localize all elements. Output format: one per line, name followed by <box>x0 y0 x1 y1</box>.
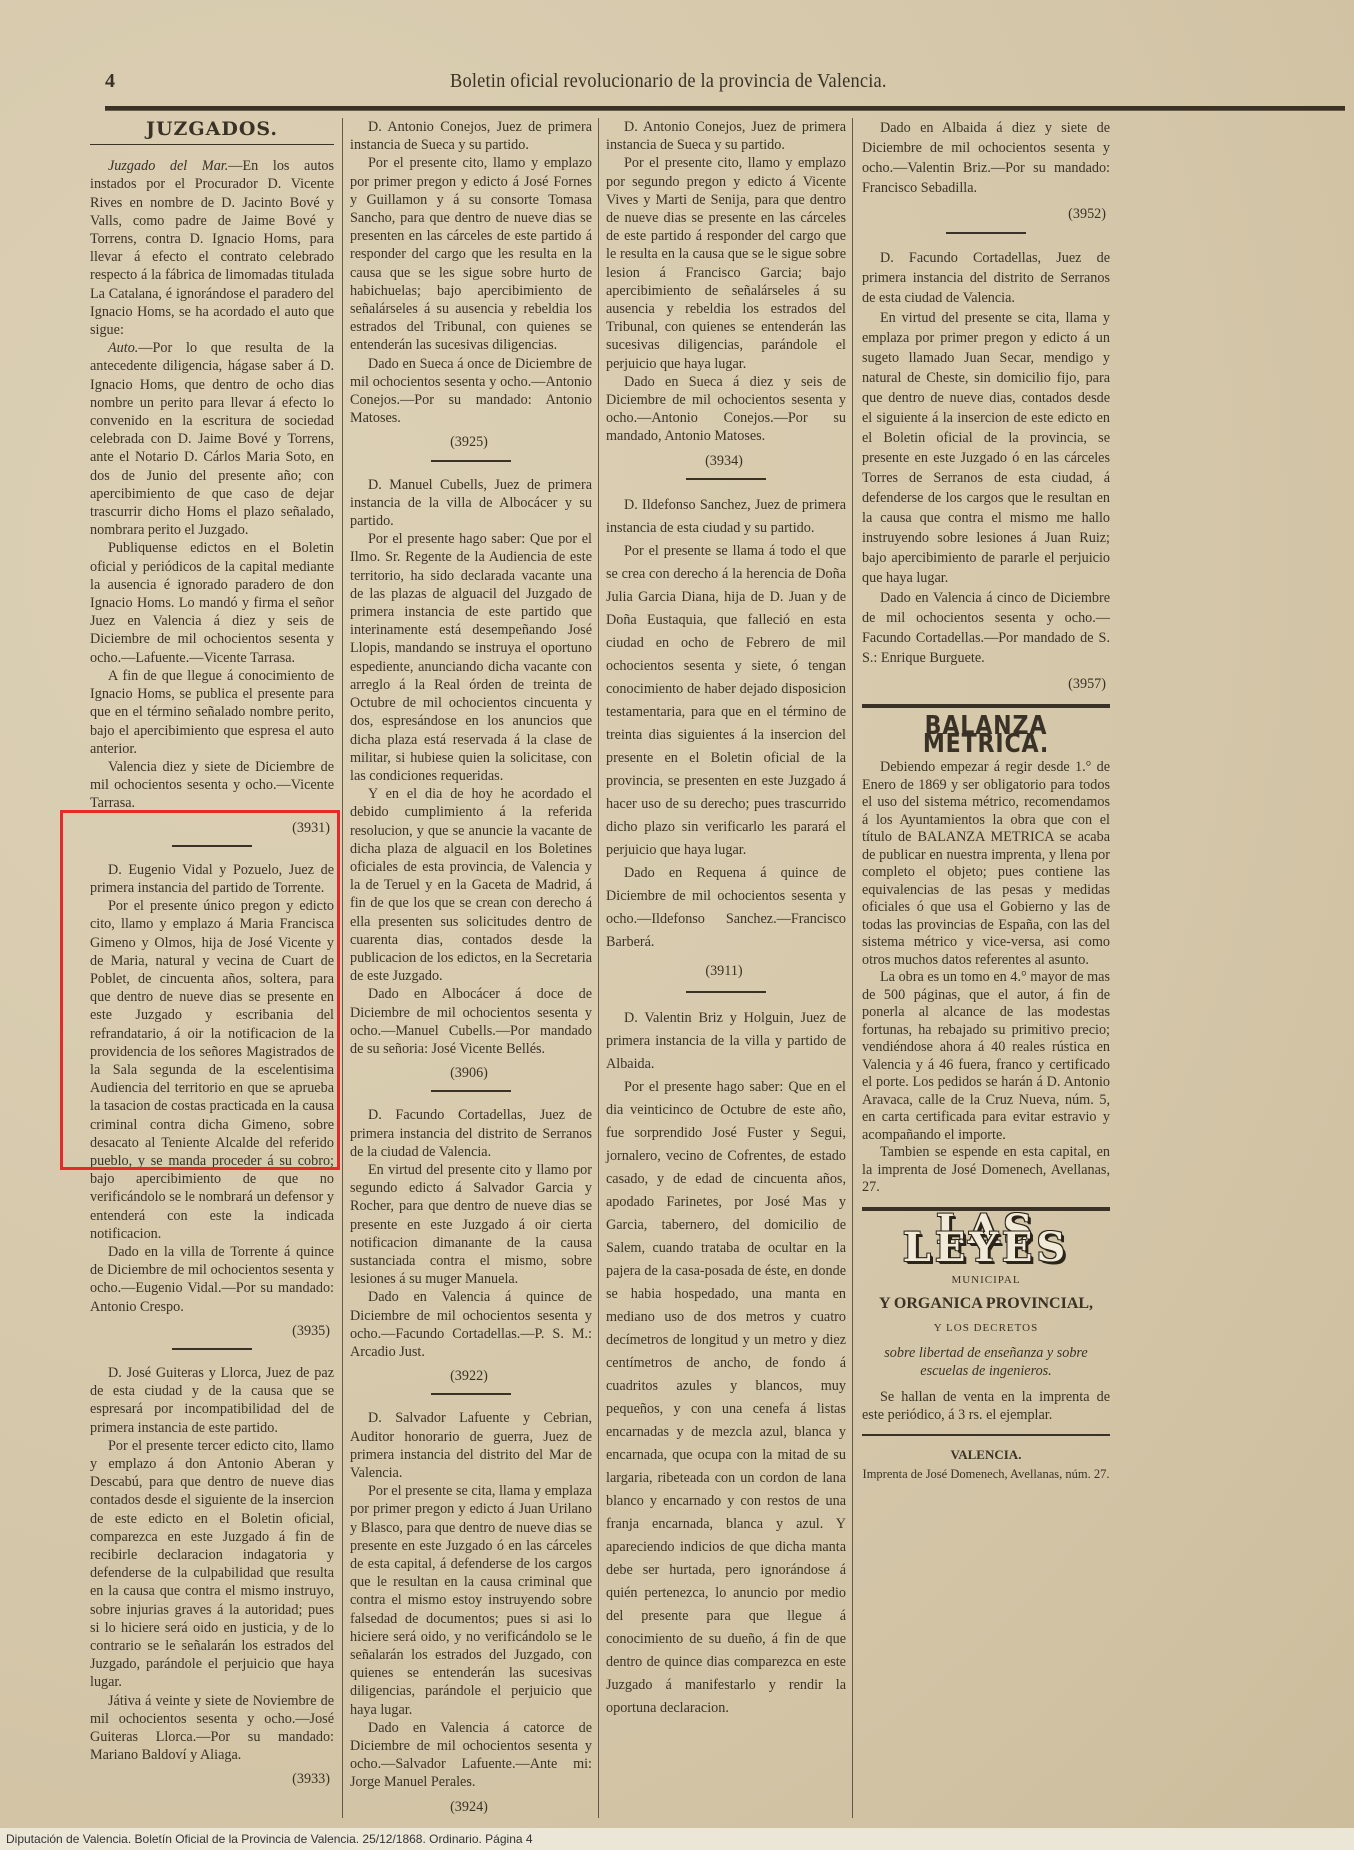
notice-paragraph: En virtud del presente cito y llamo por … <box>350 1161 592 1288</box>
notice-3935: D. Eugenio Vidal y Pozuelo, Juez de prim… <box>90 861 334 1340</box>
separator <box>172 1348 252 1350</box>
notice-paragraph: Dado en Albaida á diez y siete de Diciem… <box>862 118 1110 198</box>
column-4: Dado en Albaida á diez y siete de Diciem… <box>862 118 1110 1483</box>
notice-paragraph: Auto.—Por lo que resulta de la anteceden… <box>90 339 334 539</box>
notice-reference: (3906) <box>350 1064 588 1082</box>
separator <box>431 1090 511 1092</box>
ad-paragraph: Tambien se espende en esta capital, en l… <box>862 1144 1110 1197</box>
notice-paragraph: Dado en Albocácer á doce de Diciembre de… <box>350 985 592 1058</box>
ad-paragraph: Se hallan de venta en la imprenta de est… <box>862 1388 1110 1424</box>
notice-paragraph: Játiva á veinte y siete de Noviembre de … <box>90 1692 334 1765</box>
notice-reference: (3952) <box>862 204 1106 224</box>
column-3: D. Antonio Conejos, Juez de primera inst… <box>606 118 846 1720</box>
ad-title: LAS LEYES <box>862 1221 1110 1257</box>
column-divider <box>598 118 599 1818</box>
column-divider <box>852 118 853 1818</box>
notice-paragraph: Por el presente tercer edicto cito, llam… <box>90 1437 334 1692</box>
separator <box>946 232 1026 234</box>
section-rule <box>90 144 334 145</box>
notice-reference: (3957) <box>862 674 1106 694</box>
notice-paragraph: Juzgado del Mar.—En los autos instados p… <box>90 157 334 339</box>
notice-3934: D. Antonio Conejos, Juez de primera inst… <box>606 118 846 470</box>
page-header: 4 Boletin oficial revolucionario de la p… <box>105 66 1345 96</box>
notice-paragraph: D. Ildefonso Sanchez, Juez de primera in… <box>606 494 846 540</box>
notice-paragraph: D. José Guiteras y Llorca, Juez de paz d… <box>90 1364 334 1437</box>
notice-3931: Juzgado del Mar.—En los autos instados p… <box>90 157 334 837</box>
separator <box>686 478 766 480</box>
notice-paragraph: Publiquense edictos en el Boletin oficia… <box>90 539 334 666</box>
notice-3952: Dado en Albaida á diez y siete de Diciem… <box>862 118 1110 224</box>
imprint-city: VALENCIA. <box>862 1446 1110 1464</box>
notice-albaida: D. Valentin Briz y Holguin, Juez de prim… <box>606 1007 846 1720</box>
notice-paragraph: Por el presente hago saber: Que en el di… <box>606 1076 846 1720</box>
separator <box>431 1393 511 1395</box>
ad-subtitle: Y ORGANICA PROVINCIAL, <box>862 1295 1110 1313</box>
notice-reference: (3935) <box>90 1322 330 1340</box>
ad-subtitle: Y LOS DECRETOS <box>862 1319 1110 1337</box>
notice-reference: (3924) <box>350 1798 588 1816</box>
ad-subtitle: sobre libertad de enseñanza y sobre escu… <box>862 1344 1110 1380</box>
column-divider <box>342 118 343 1818</box>
page-title: Boletin oficial revolucionario de la pro… <box>450 70 887 93</box>
notice-reference: (3911) <box>606 960 842 983</box>
notice-paragraph: Por el presente cito, llamo y emplazo po… <box>606 154 846 372</box>
notice-paragraph: D. Antonio Conejos, Juez de primera inst… <box>606 118 846 154</box>
column-2: D. Antonio Conejos, Juez de primera inst… <box>350 118 592 1822</box>
notice-paragraph: Dado en Sueca á once de Diciembre de mil… <box>350 355 592 428</box>
notice-3922: D. Facundo Cortadellas, Juez de primera … <box>350 1106 592 1385</box>
ad-paragraph: La obra es un tomo en 4.° mayor de mas d… <box>862 969 1110 1144</box>
notice-paragraph: Dado en Requena á quince de Diciembre de… <box>606 862 846 954</box>
imprint: VALENCIA. Imprenta de José Domenech, Ave… <box>862 1446 1110 1482</box>
notice-3924: D. Salvador Lafuente y Cebrian, Auditor … <box>350 1409 592 1815</box>
notice-reference: (3934) <box>606 452 842 470</box>
separator <box>172 845 252 847</box>
notice-paragraph: Por el presente hago saber: Que por el I… <box>350 530 592 785</box>
ad-title: BALANZA METRICA. <box>881 718 1092 753</box>
notice-3957: D. Facundo Cortadellas, Juez de primera … <box>862 248 1110 694</box>
notice-paragraph: Por el presente cito, llamo y emplazo po… <box>350 154 592 354</box>
page-number: 4 <box>105 70 115 93</box>
notice-paragraph: D. Facundo Cortadellas, Juez de primera … <box>862 248 1110 308</box>
notice-paragraph: Dado en Valencia á cinco de Diciembre de… <box>862 588 1110 668</box>
notice-paragraph: D. Valentin Briz y Holguin, Juez de prim… <box>606 1007 846 1076</box>
notice-paragraph: D. Antonio Conejos, Juez de primera inst… <box>350 118 592 154</box>
notice-3911: D. Ildefonso Sanchez, Juez de primera in… <box>606 494 846 983</box>
las-leyes-ad: LAS LEYES MUNICIPAL Y ORGANICA PROVINCIA… <box>862 1221 1110 1425</box>
separator <box>686 991 766 993</box>
ad-paragraph: Debiendo empezar á regir desde 1.° de En… <box>862 759 1110 969</box>
notice-reference: (3931) <box>90 819 330 837</box>
balanza-metrica-ad: BALANZA METRICA. Debiendo empezar á regi… <box>862 718 1110 1197</box>
notice-reference: (3933) <box>90 1770 330 1788</box>
imprint-text: Imprenta de José Domenech, Avellanas, nú… <box>862 1465 1110 1483</box>
notice-paragraph: Valencia diez y siete de Diciembre de mi… <box>90 758 334 813</box>
notice-paragraph: D. Eugenio Vidal y Pozuelo, Juez de prim… <box>90 861 334 897</box>
notice-paragraph: Por el presente único pregon y edicto ci… <box>90 897 334 1243</box>
ad-subtitle: MUNICIPAL <box>862 1271 1110 1289</box>
notice-3906: D. Manuel Cubells, Juez de primera insta… <box>350 476 592 1083</box>
notice-3933: D. José Guiteras y Llorca, Juez de paz d… <box>90 1364 334 1789</box>
notice-paragraph: Dado en Sueca á diez y seis de Diciembre… <box>606 373 846 446</box>
notice-paragraph: Dado en Valencia á quince de Diciembre d… <box>350 1288 592 1361</box>
notice-paragraph: En virtud del presente se cita, llama y … <box>862 308 1110 588</box>
notice-paragraph: A fin de que llegue á conocimiento de Ig… <box>90 667 334 758</box>
notice-paragraph: Dado en Valencia á catorce de Diciembre … <box>350 1719 592 1792</box>
notice-3925: D. Antonio Conejos, Juez de primera inst… <box>350 118 592 452</box>
notice-paragraph: Dado en la villa de Torrente á quince de… <box>90 1243 334 1316</box>
header-rule <box>105 106 1345 111</box>
footer: Diputación de Valencia. Boletín Oficial … <box>0 1828 1354 1850</box>
notice-paragraph: Por el presente se cita, llama y emplaza… <box>350 1482 592 1719</box>
notice-paragraph: D. Salvador Lafuente y Cebrian, Auditor … <box>350 1409 592 1482</box>
notice-paragraph: Y en el dia de hoy he acordado el debido… <box>350 785 592 985</box>
section-title: JUZGADOS. <box>90 120 334 138</box>
notice-paragraph: D. Manuel Cubells, Juez de primera insta… <box>350 476 592 531</box>
column-1: JUZGADOS. Juzgado del Mar.—En los autos … <box>90 118 334 1795</box>
notice-paragraph: D. Facundo Cortadellas, Juez de primera … <box>350 1106 592 1161</box>
heavy-rule <box>862 704 1110 708</box>
rule <box>862 1434 1110 1436</box>
separator <box>431 460 511 462</box>
notice-paragraph: Por el presente se llama á todo el que s… <box>606 540 846 862</box>
notice-reference: (3925) <box>350 433 588 451</box>
notice-reference: (3922) <box>350 1367 588 1385</box>
